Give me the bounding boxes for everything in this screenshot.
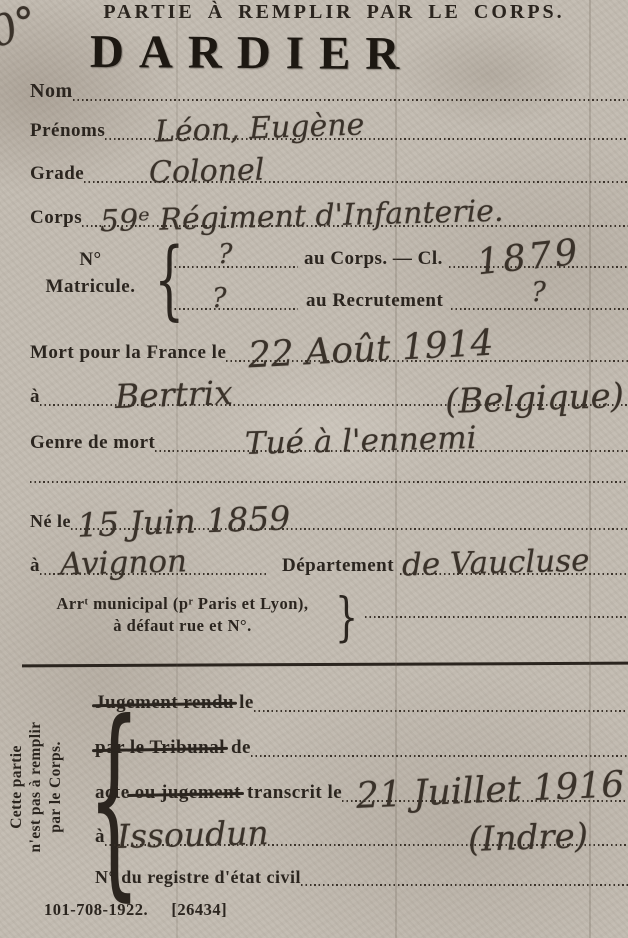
mort-pays-value: (Belgique) — [445, 379, 625, 419]
matricule-recrutement-line: ? — [170, 284, 298, 310]
matricule-recrutement-value: ? — [212, 285, 226, 312]
prenoms-row: Prénoms Léon, Eugène — [30, 114, 628, 140]
ne-label: Né le — [30, 512, 71, 530]
mort-line: 22 Août 1914 — [226, 336, 628, 362]
tribunal-struck-label: par le Tribunal — [95, 738, 225, 757]
footer-number: [26434] — [171, 900, 227, 919]
sidebar-note-line-2: n'est pas à remplir — [26, 682, 45, 892]
ne-line: 15 Juin 1859 — [71, 504, 628, 530]
tribunal-rest-label: de — [225, 738, 251, 757]
ne-lieu-row: à Avignon Département de Vaucluse — [30, 549, 628, 575]
jugement-struck-label: Jugement rendu — [95, 693, 234, 712]
ne-lieu-line: Avignon — [40, 549, 268, 575]
jugement-line — [254, 686, 628, 712]
matricule-recrutement-row: ? au Recrutement ? — [170, 284, 628, 310]
departement-label: Département — [268, 556, 400, 575]
mort-lieu-label: à — [30, 387, 40, 406]
nom-value: DARDIER — [90, 25, 415, 81]
jugement-row: Jugement rendu le — [95, 686, 628, 712]
genre-row: Genre de mort Tué à l'ennemi — [30, 426, 628, 452]
lieu-line: Issoudun (Indre) — [105, 820, 628, 846]
classe-line: 1879 — [449, 242, 628, 268]
ne-value: 15 Juin 1859 — [76, 501, 290, 541]
genre-label: Genre de mort — [30, 433, 155, 452]
arr-block: Arrᵗ municipal (pʳ Paris et Lyon), à déf… — [30, 594, 628, 640]
genre-value: Tué à l'ennemi — [245, 423, 477, 460]
departement-line: de Vaucluse — [400, 549, 628, 575]
footer-code: 101-708-1922. — [44, 900, 148, 919]
matricule-corps-label: au Corps. — Cl. — [298, 249, 449, 268]
mort-lieu-value: Bertrix — [114, 376, 233, 413]
lieu-dept-value: (Indre) — [467, 819, 588, 857]
lieu-label: à — [95, 827, 105, 846]
acte-rest-label: transcrit le — [241, 783, 342, 802]
acte-struck-label: ou jugement — [130, 783, 241, 802]
ne-lieu-label: à — [30, 556, 40, 575]
classe-value: 1879 — [475, 235, 582, 282]
nom-label: Nom — [30, 81, 73, 101]
registre-line — [301, 860, 628, 886]
corps-row: Corps 59ᵉ Régiment d'Infanterie. — [30, 201, 628, 227]
acte-row: acte ou jugement transcrit le 21 Juillet… — [95, 776, 628, 802]
grade-value: Colonel — [149, 155, 265, 188]
arr-brace: } — [335, 588, 358, 648]
mort-row: Mort pour la France le 22 Août 1914 — [30, 336, 628, 362]
registre-row: N° du registre d'état civil — [95, 860, 628, 886]
genre-continuation-line — [30, 481, 628, 483]
ne-row: Né le 15 Juin 1859 — [30, 504, 628, 530]
mort-lieu-line: Bertrix (Belgique) — [40, 380, 628, 406]
jugement-rest-label: le — [234, 693, 254, 712]
matricule-block: N° Matricule. { ? au Corps. — Cl. 1879 ?… — [30, 238, 628, 312]
departement-value: de Vaucluse — [402, 546, 590, 582]
matricule-recrutement-value-2: ? — [531, 279, 545, 306]
sidebar-note-line-1: Cette partie — [7, 682, 26, 892]
sidebar-note-line-3: par le Corps. — [46, 682, 65, 892]
matricule-corps-row: ? au Corps. — Cl. 1879 — [170, 242, 628, 268]
registre-label: N° du registre d'état civil — [95, 868, 301, 886]
lieu-row: à Issoudun (Indre) — [95, 820, 628, 846]
matricule-label-1: N° — [38, 250, 143, 269]
prenoms-value: Léon, Eugène — [155, 110, 365, 147]
mort-label: Mort pour la France le — [30, 343, 226, 362]
tribunal-row: par le Tribunal de — [95, 731, 628, 757]
matricule-recrutement-label: au Recrutement — [298, 291, 451, 310]
acte-line: 21 Juillet 1916 — [342, 776, 628, 802]
header-title: PARTIE À REMPLIR PAR LE CORPS. — [40, 1, 628, 24]
genre-line: Tué à l'ennemi — [155, 426, 628, 452]
sidebar-note: Cette partie n'est pas à remplir par le … — [7, 682, 65, 892]
matricule-corps-line: ? — [170, 242, 298, 268]
matricule-label-2: Matricule. — [38, 277, 143, 296]
prenoms-label: Prénoms — [30, 121, 105, 140]
matricule-recrutement-line-2: ? — [451, 284, 628, 310]
tribunal-line — [251, 731, 628, 757]
arr-line — [365, 616, 628, 618]
grade-label: Grade — [30, 164, 84, 183]
prenoms-line: Léon, Eugène — [105, 114, 628, 140]
lieu-value: Issoudun — [117, 816, 269, 853]
arr-label-2: à défaut rue et N°. — [30, 618, 335, 635]
corps-line: 59ᵉ Régiment d'Infanterie. — [82, 201, 628, 227]
arr-label-1: Arrᵗ municipal (pʳ Paris et Lyon), — [30, 596, 335, 613]
matricule-corps-value: ? — [218, 241, 232, 268]
mort-lieu-row: à Bertrix (Belgique) — [30, 380, 628, 406]
footer: 101-708-1922. [26434] — [44, 900, 227, 920]
corps-label: Corps — [30, 208, 82, 227]
ne-lieu-value: Avignon — [60, 546, 188, 580]
grade-line: Colonel — [84, 157, 628, 183]
grade-row: Grade Colonel — [30, 157, 628, 183]
acte-pre-label: acte — [95, 783, 130, 802]
